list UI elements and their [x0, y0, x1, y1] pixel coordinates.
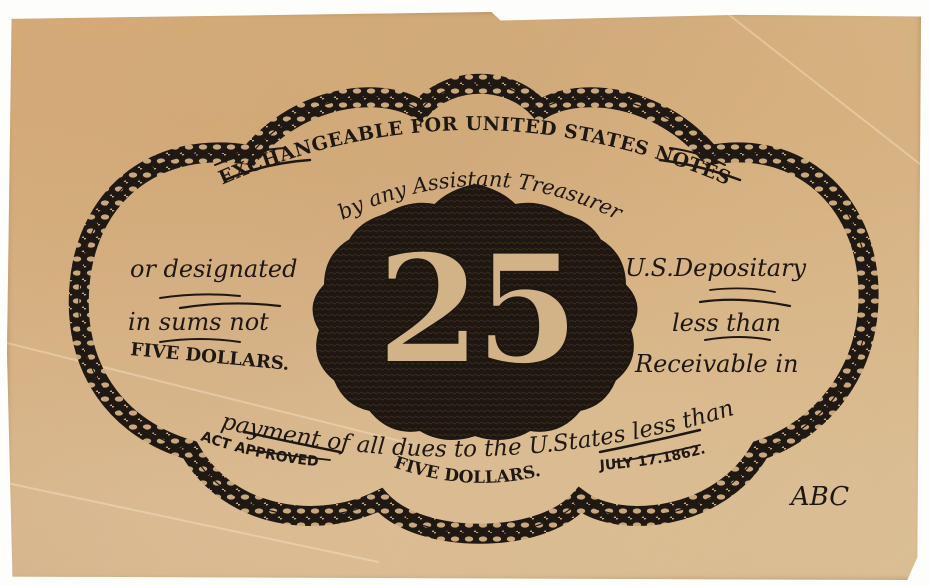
right-line-2: less than — [672, 309, 781, 337]
right-line-3: Receivable in — [634, 350, 798, 378]
denomination-rosette: 25 — [314, 185, 637, 439]
denomination-numeral: 25 — [377, 222, 574, 398]
right-line-1: U.S.Depositary — [625, 254, 807, 282]
left-line-1: or designated — [130, 255, 297, 283]
engraved-design: 25 EXCHANGEABLE FOR UNITED STATES NOTES … — [0, 0, 929, 586]
left-line-2: in sums not — [128, 308, 269, 336]
engraver-monogram: ABC — [789, 482, 849, 512]
left-line-3: FIVE DOLLARS. — [130, 339, 291, 375]
